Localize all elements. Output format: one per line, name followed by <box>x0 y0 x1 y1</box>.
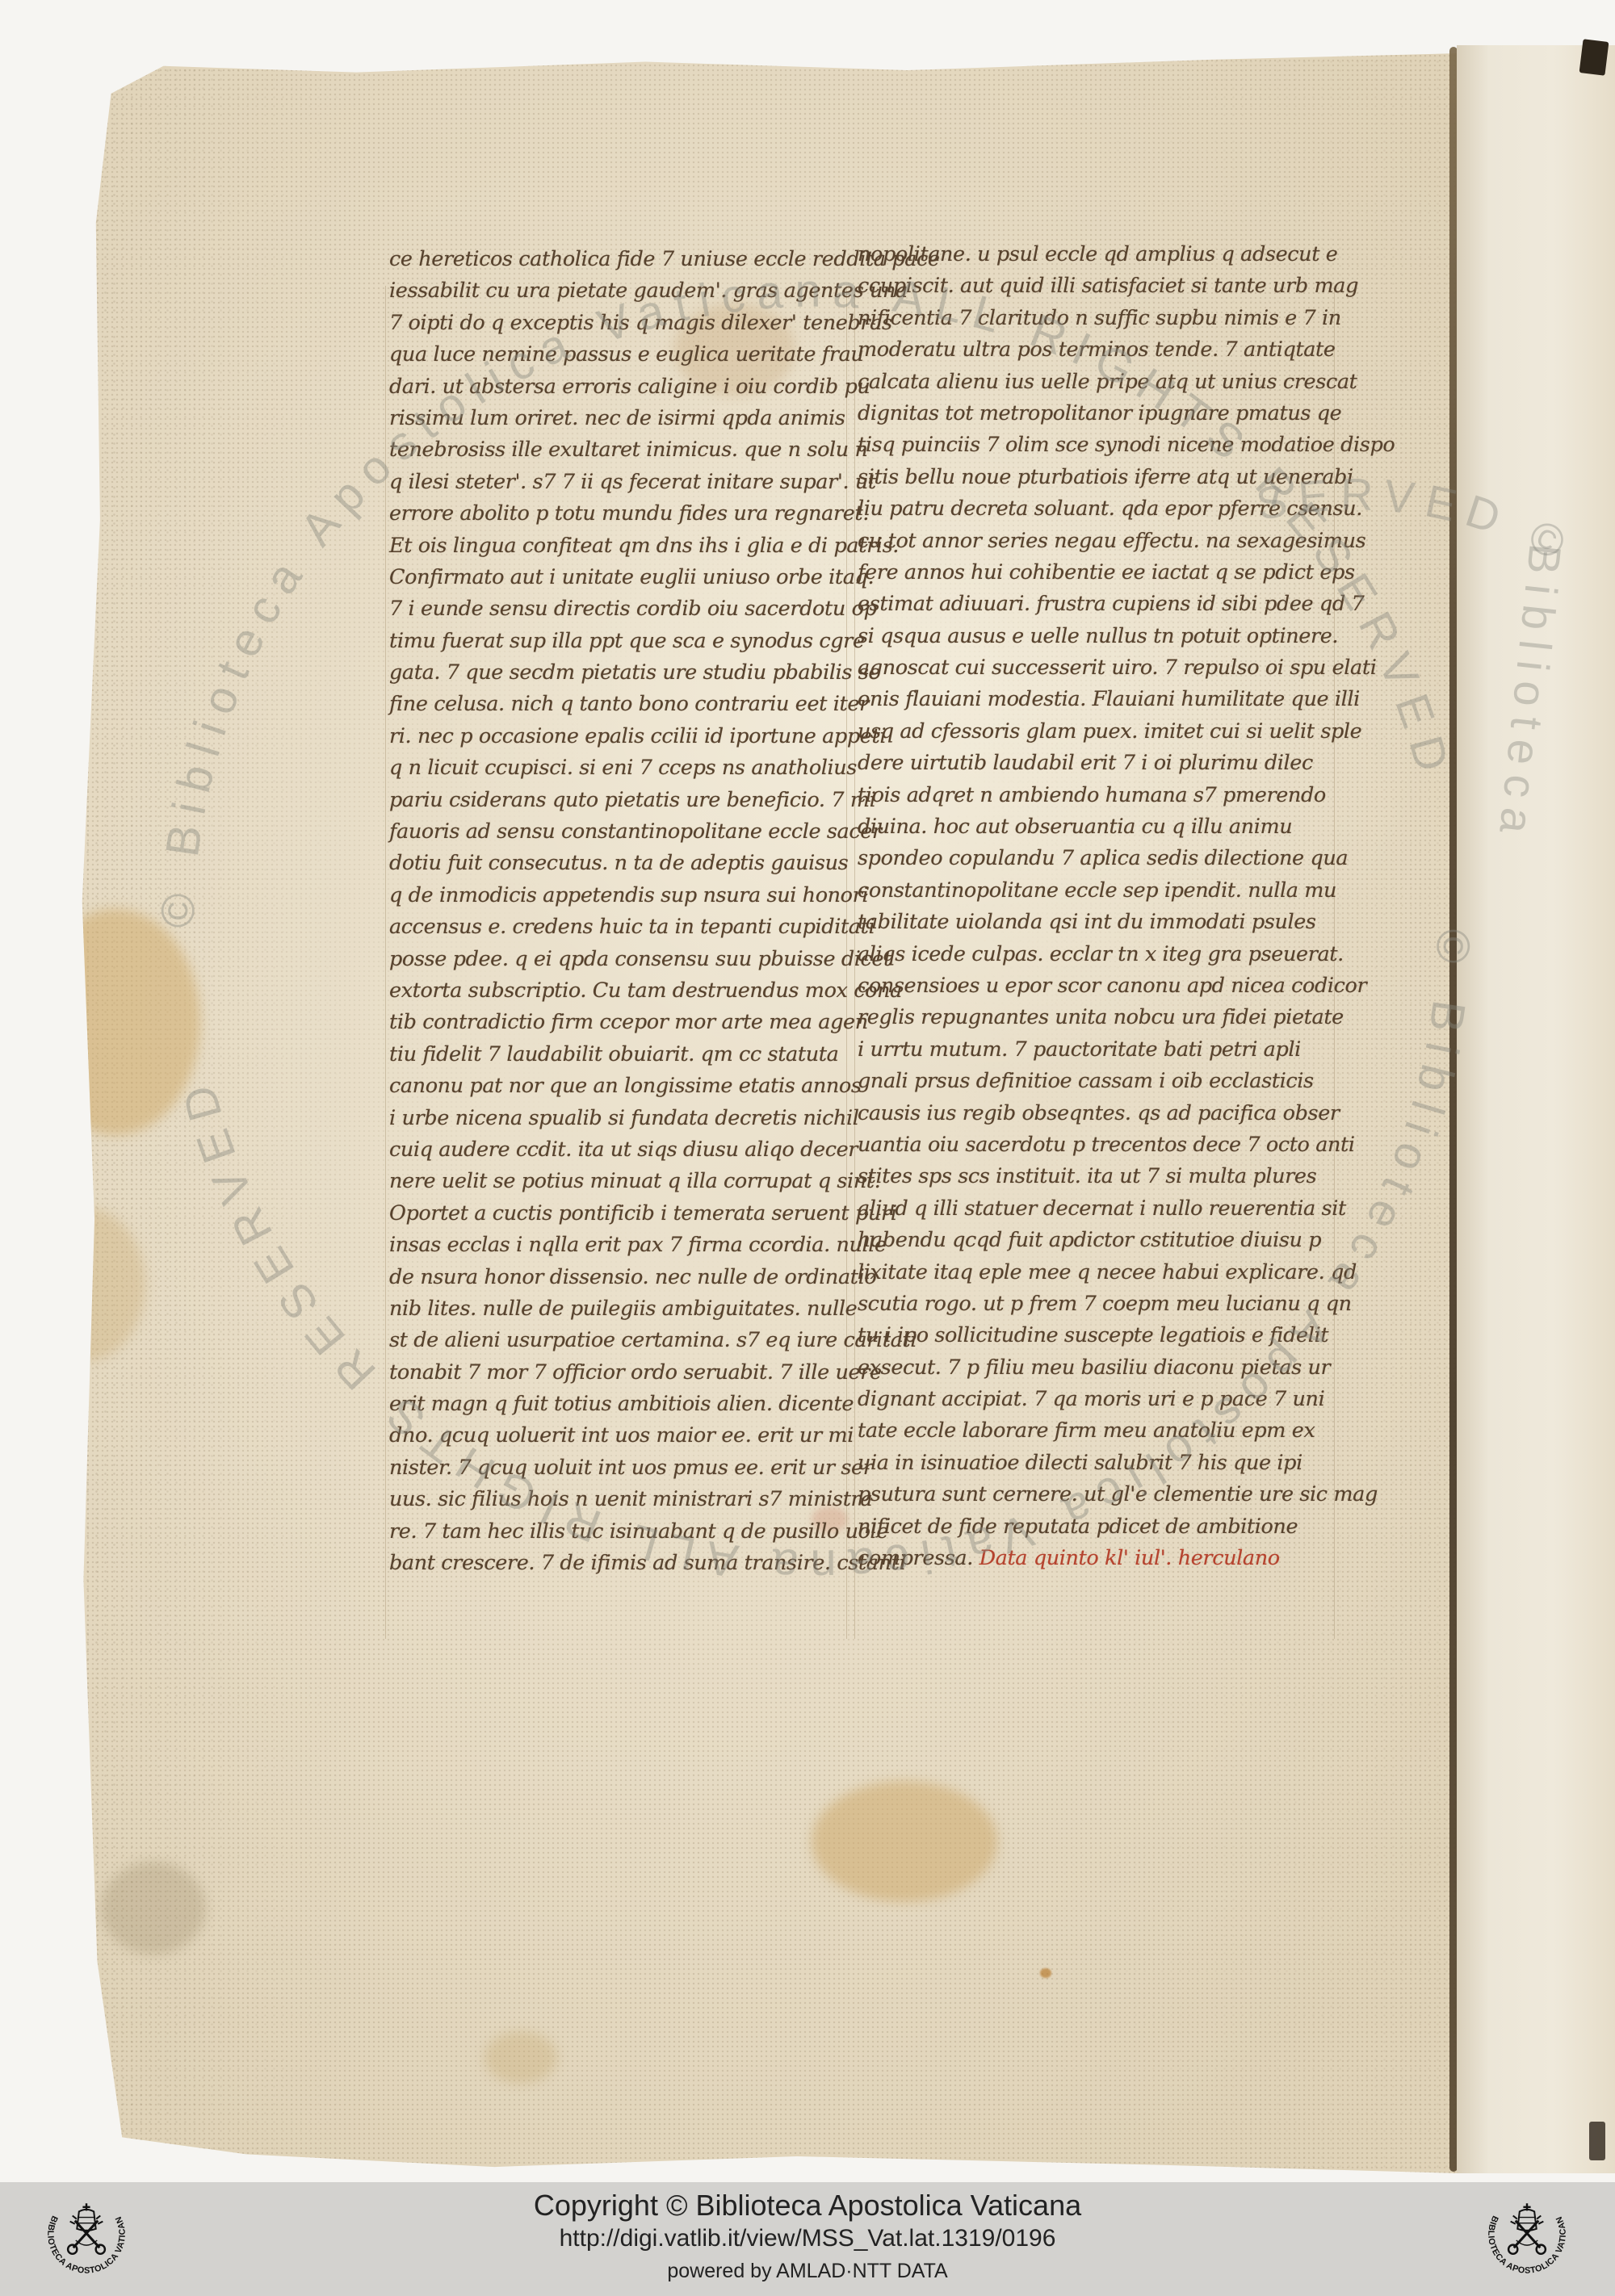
manuscript-line: st de alieni usurpatioe certamina. s7 eq… <box>389 1325 862 1356</box>
vatican-emblem-logo-left: BIBLIOTECA APOSTOLICA VATICANA <box>39 2192 134 2287</box>
manuscript-line: nificet de fide reputata pdicet de ambit… <box>858 1511 1330 1543</box>
binding-clasp-mark <box>1579 39 1609 76</box>
manuscript-line: gnali prsus definitioe cassam i oib eccl… <box>858 1066 1330 1097</box>
manuscript-line: dari. ut abstersa erroris caligine i oiu… <box>389 371 862 403</box>
facing-page-edge <box>1457 45 1615 2173</box>
final-line-red-rubric: Data quinto kl' iul'. herculano <box>979 1546 1280 1570</box>
manuscript-line: uantia oiu sacerdotu p trecentos dece 7 … <box>858 1129 1330 1161</box>
manuscript-line: si qsqua ausus e uelle nullus tn potuit … <box>858 621 1330 652</box>
ruling-line <box>385 286 386 1639</box>
manuscript-line: Confirmato aut i unitate euglii uniuso o… <box>389 562 862 593</box>
manuscript-line: moderatu ultra pos terminos tende. 7 ant… <box>858 334 1330 366</box>
parchment-stain <box>484 2031 557 2084</box>
manuscript-line: errore abolito p totu mundu fides ura re… <box>389 498 862 530</box>
manuscript-line: stites sps scs instituit. ita ut 7 si mu… <box>858 1161 1330 1192</box>
manuscript-line: i urbe nicena spualib si fundata decreti… <box>389 1103 862 1134</box>
manuscript-line: sitis bellu noue pturbatiois iferre atq … <box>858 462 1330 493</box>
vatican-emblem-logo-right: BIBLIOTECA APOSTOLICA VATICANA <box>1479 2192 1575 2287</box>
manuscript-line: tib contradictio firm ccepor mor arte me… <box>389 1007 862 1038</box>
manuscript-line: nere uelit se potius minuat q illa corru… <box>389 1166 862 1197</box>
manuscript-column-2: nopolitane. u psul eccle qd amplius q ad… <box>858 239 1330 1574</box>
manuscript-line: consensioes u epor scor canonu apd nicea… <box>858 970 1330 1002</box>
manuscript-line: dignant accipiat. 7 qa moris uri e p pac… <box>858 1384 1330 1415</box>
manuscript-line: fine celusa. nich q tanto bono contrariu… <box>389 689 862 720</box>
manuscript-line: rissimu lum oriret. nec de isirmi qpda a… <box>389 403 862 434</box>
manuscript-line: psutura sunt cernere. ut gl'e clementie … <box>858 1479 1330 1510</box>
manuscript-line: q n licuit ccupisci. si eni 7 cceps ns a… <box>389 752 862 784</box>
manuscript-line: constantinopolitane eccle sep ipendit. n… <box>858 875 1330 907</box>
manuscript-line: diuina. hoc aut obseruantia cu q illu an… <box>858 811 1330 843</box>
manuscript-line: nificentia 7 claritudo n suffic supbu ni… <box>858 303 1330 334</box>
manuscript-line: de nsura honor dissensio. nec nulle de o… <box>389 1262 862 1293</box>
manuscript-line: exsecut. 7 p filiu meu basiliu diaconu p… <box>858 1352 1330 1384</box>
footer-copyright: Copyright © Biblioteca Apostolica Vatica… <box>0 2189 1615 2223</box>
manuscript-line: q de inmodicis appetendis sup nsura sui … <box>389 880 862 911</box>
manuscript-line: tabilitate uiolanda qsi int du immodati … <box>858 907 1330 938</box>
manuscript-line: 7 i eunde sensu directis cordib oiu sace… <box>389 593 862 625</box>
small-stain-dot <box>1040 1968 1051 1978</box>
manuscript-line: iessabilit cu ura pietate gaudem'. gras … <box>389 275 862 307</box>
final-line-black-text: compressa. <box>858 1546 979 1570</box>
manuscript-line: re. 7 tam hec illis tuc isinuabant q de … <box>389 1516 862 1548</box>
manuscript-line: usq ad cfessoris glam puex. imitet cui s… <box>858 716 1330 748</box>
scanned-manuscript-view: ce hereticos catholica fide 7 uniuse ecc… <box>0 0 1615 2296</box>
manuscript-line: posse pdee. q ei qpda consensu suu pbuis… <box>389 944 862 975</box>
manuscript-line: calcata alienu ius uelle pripe atq ut un… <box>858 367 1330 398</box>
footer-powered-by: powered by AMLAD·NTT DATA <box>0 2260 1615 2283</box>
manuscript-line: 7 oipti do q exceptis his q magis dilexe… <box>389 308 862 339</box>
manuscript-line: lixitate itaq eple mee q necee habui exp… <box>858 1257 1330 1288</box>
manuscript-line: uus. sic filius hois n uenit ministrari … <box>389 1484 862 1515</box>
manuscript-line: ccupiscit. aut quid illi satisfaciet si … <box>858 270 1330 302</box>
manuscript-line: causis ius regib obseqntes. qs ad pacifi… <box>858 1098 1330 1129</box>
manuscript-final-line: compressa. Data quinto kl' iul'. hercula… <box>858 1543 1330 1574</box>
manuscript-line: tiu fidelit 7 laudabilit obuiarit. qm cc… <box>389 1039 862 1070</box>
manuscript-line: onis flauiani modestia. Flauiani humilit… <box>858 684 1330 715</box>
parchment-stain <box>812 1781 997 1902</box>
svg-text:BIBLIOTECA APOSTOLICA VATICANA: BIBLIOTECA APOSTOLICA VATICANA <box>39 2192 128 2276</box>
manuscript-line: gata. 7 que secdm pietatis ure studiu pb… <box>389 657 862 689</box>
manuscript-line: ce hereticos catholica fide 7 uniuse ecc… <box>389 244 862 275</box>
manuscript-line: nopolitane. u psul eccle qd amplius q ad… <box>858 239 1330 270</box>
manuscript-line: tenebrosiss ille exultaret inimicus. que… <box>389 434 862 466</box>
manuscript-line: timu fuerat sup illa ppt que sca e synod… <box>389 626 862 657</box>
manuscript-line: dere uirtutib laudabil erit 7 i oi pluri… <box>858 748 1330 779</box>
manuscript-line: pariu csiderans quto pietatis ure benefi… <box>389 785 862 816</box>
manuscript-line: qua luce nemine passus e euglica ueritat… <box>389 339 862 371</box>
manuscript-line: q ilesi steter'. s7 7 ii qs fecerat init… <box>389 467 862 498</box>
manuscript-line: liu patru decreta soluant. qda epor pfer… <box>858 493 1330 525</box>
svg-text:BIBLIOTECA APOSTOLICA VATICANA: BIBLIOTECA APOSTOLICA VATICANA <box>1479 2192 1568 2276</box>
manuscript-line: habendu qcqd fuit apdictor cstitutioe di… <box>858 1225 1330 1256</box>
manuscript-line: dotiu fuit consecutus. n ta de adeptis g… <box>389 848 862 879</box>
manuscript-line: tonabit 7 mor 7 officior ordo seruabit. … <box>389 1357 862 1389</box>
manuscript-line: aliqs icede culpas. ecclar tn x iteg gra… <box>858 939 1330 970</box>
manuscript-line: canonu pat nor que an longissime etatis … <box>389 1070 862 1102</box>
papal-keys-tiara-icon <box>1508 2203 1546 2254</box>
manuscript-line: accensus e. credens huic ta in tepanti c… <box>389 911 862 943</box>
manuscript-line: Oportet a cuctis pontificib i temerata s… <box>389 1198 862 1230</box>
manuscript-line: bant crescere. 7 de ifimis ad suma trans… <box>389 1548 862 1579</box>
manuscript-line: nister. 7 qcuq uoluit int uos pmus ee. e… <box>389 1452 862 1484</box>
manuscript-line: dno. qcuq uoluerit int uos maior ee. eri… <box>389 1420 862 1452</box>
manuscript-line: tiois adqret n ambiendo humana s7 pmeren… <box>858 780 1330 811</box>
manuscript-line: tate eccle laborare firm meu anatoliu ep… <box>858 1415 1330 1447</box>
manuscript-line: dignitas tot metropolitanor ipugnare pma… <box>858 398 1330 429</box>
footer-bar: Copyright © Biblioteca Apostolica Vatica… <box>0 2182 1615 2296</box>
manuscript-line: cuiq audere ccdit. ita ut siqs diusu ali… <box>389 1134 862 1166</box>
parchment-stain <box>24 1208 145 1361</box>
manuscript-line: cu tot annor series negau effectu. na se… <box>858 526 1330 557</box>
manuscript-line: estimat adiuuari. frustra cupiens id sib… <box>858 589 1330 620</box>
manuscript-line: scutia rogo. ut p frem 7 coepm meu lucia… <box>858 1288 1330 1320</box>
binding-clasp-mark <box>1589 2122 1605 2160</box>
manuscript-line: fere annos hui cohibentie ee iactat q se… <box>858 557 1330 589</box>
manuscript-line: reglis repugnantes unita nobcu ura fidei… <box>858 1002 1330 1033</box>
manuscript-line: agnoscat cui successerit uiro. 7 repulso… <box>858 652 1330 684</box>
manuscript-line: spondeo copulandu 7 aplica sedis dilecti… <box>858 843 1330 874</box>
manuscript-line: tisq puinciis 7 olim sce synodi nicene m… <box>858 429 1330 461</box>
manuscript-line: fauoris ad sensu constantinopolitane ecc… <box>389 816 862 848</box>
manuscript-line: aliud q illi statuer decernat i nullo re… <box>858 1193 1330 1225</box>
manuscript-line: nib lites. nulle de puilegiis ambiguitat… <box>389 1293 862 1325</box>
parchment-stain <box>31 909 200 1135</box>
manuscript-column-1: ce hereticos catholica fide 7 uniuse ecc… <box>389 244 862 1579</box>
parchment-stain <box>101 1862 206 1955</box>
manuscript-line: Et ois lingua confiteat qm dns ihs i gli… <box>389 530 862 562</box>
manuscript-line: i urrtu mutum. 7 pauctoritate bati petri… <box>858 1034 1330 1066</box>
logo-arc-text: BIBLIOTECA APOSTOLICA VATICANA <box>1479 2192 1568 2276</box>
manuscript-line: extorta subscriptio. Cu tam destruendus … <box>389 975 862 1007</box>
manuscript-line: ri. nec p occasione epalis ccilii id ipo… <box>389 721 862 752</box>
papal-keys-tiara-icon <box>68 2203 105 2254</box>
logo-arc-text: BIBLIOTECA APOSTOLICA VATICANA <box>39 2192 128 2276</box>
manuscript-line: tu i ipo sollicitudine suscepte legatioi… <box>858 1320 1330 1351</box>
manuscript-line: insas ecclas i nqlla erit pax 7 firma cc… <box>389 1230 862 1261</box>
manuscript-line: erit magn q fuit totius ambitiois alien.… <box>389 1389 862 1420</box>
manuscript-line: uia in isinuatioe dilecti salubrit 7 his… <box>858 1448 1330 1479</box>
footer-url: http://digi.vatlib.it/view/MSS_Vat.lat.1… <box>0 2225 1615 2252</box>
